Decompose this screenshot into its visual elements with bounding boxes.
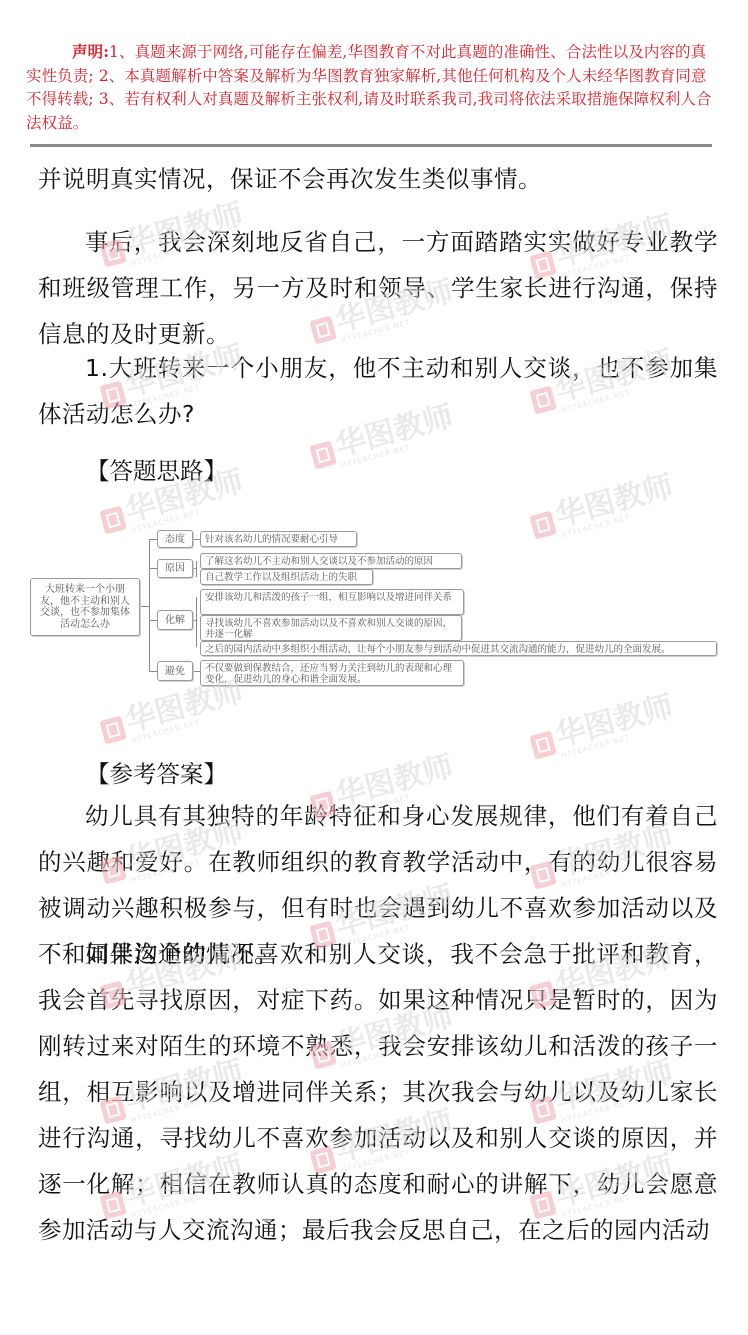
disclaimer-text: 1、真题来源于网络,可能存在偏差,华图教育不对此真题的准确性、合法性以及内容的真… bbox=[26, 43, 712, 132]
watermark: 华图教师HTTEACHER.NET bbox=[528, 472, 679, 546]
approach-heading: 【答题思路】 bbox=[86, 452, 227, 486]
connector bbox=[149, 539, 150, 672]
answer-paragraph-2: 如果这个幼儿不喜欢和别人交谈，我不会急于批评和教育，我会首先寻找原因，对症下药。… bbox=[38, 931, 718, 1253]
disclaimer: 声明:1、真题来源于网络,可能存在偏差,华图教育不对此真题的准确性、合法性以及内… bbox=[26, 40, 716, 135]
connector bbox=[149, 568, 157, 569]
leaf-resolve-1: 安排该幼儿和活泼的孩子一组，相互影响以及增进同伴关系 bbox=[200, 589, 464, 615]
disclaimer-lead: 声明: bbox=[72, 42, 109, 61]
watermark-logo-icon bbox=[529, 731, 556, 760]
connector bbox=[193, 620, 196, 621]
connector bbox=[193, 539, 200, 540]
connector bbox=[193, 568, 196, 569]
connector bbox=[140, 606, 149, 607]
mindmap-root: 大班转来一个小朋友，他不主动和别人交谈，也不参加集体活动怎么办 bbox=[30, 578, 140, 636]
branch-resolve: 化解 bbox=[157, 610, 193, 630]
connector bbox=[196, 597, 197, 647]
answer-heading: 【参考答案】 bbox=[86, 755, 227, 789]
leaf-resolve-2: 寻找该幼儿不喜欢参加活动以及不喜欢和别人交谈的原因，并逐一化解 bbox=[200, 615, 462, 641]
watermark-logo-icon bbox=[99, 506, 126, 535]
leaf-avoid-1: 不仅要做到保教结合，还应当努力关注到幼儿的表现和心理变化，促进幼儿的身心和谐全面… bbox=[200, 660, 464, 686]
leaf-cause-1: 了解这名幼儿不主动和别人交谈以及不参加活动的原因 bbox=[200, 553, 462, 569]
watermark: 华图教师HTTEACHER.NET bbox=[98, 677, 249, 751]
paragraph-reflection: 事后，我会深刻地反省自己，一方面踏踏实实做好专业教学和班级管理工作，另一方及时和… bbox=[38, 219, 718, 357]
connector bbox=[149, 671, 157, 672]
header-divider bbox=[30, 144, 712, 147]
branch-cause: 原因 bbox=[157, 559, 193, 578]
connector bbox=[149, 620, 157, 621]
leaf-cause-2: 自己教学工作以及组织活动上的失职 bbox=[200, 569, 373, 585]
connector bbox=[193, 671, 200, 672]
watermark-logo-icon bbox=[309, 441, 336, 470]
question-title: 1.大班转来一个小朋友，他不主动和别人交谈，也不参加集体活动怎么办? bbox=[38, 345, 718, 437]
watermark-logo-icon bbox=[99, 716, 126, 745]
connector bbox=[149, 539, 157, 540]
watermark-logo-icon bbox=[529, 511, 556, 540]
leaf-resolve-3: 之后的园内活动中多组织小组活动，让每个小朋友参与到活动中促进其交流沟通的能力，促… bbox=[200, 641, 717, 656]
branch-attitude: 态度 bbox=[157, 530, 193, 548]
branch-avoid: 避免 bbox=[157, 661, 193, 681]
connector bbox=[196, 561, 197, 577]
paragraph-continued: 并说明真实情况，保证不会再次发生类似事情。 bbox=[38, 156, 718, 202]
watermark: 华图教师HTTEACHER.NET bbox=[528, 692, 679, 766]
leaf-attitude-1: 针对该名幼儿的情况要耐心引导 bbox=[200, 531, 357, 547]
